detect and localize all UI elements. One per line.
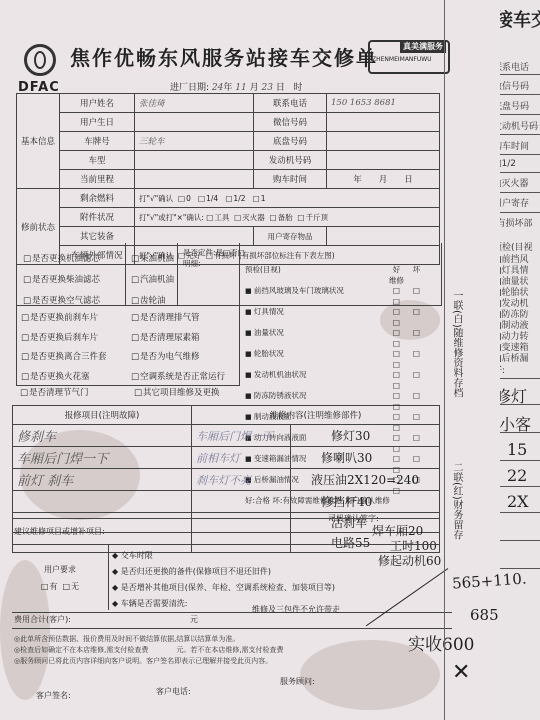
inspection-row: 油量状况□□□ — [245, 328, 445, 349]
fuel-options: 打"√"确认 0 1/4 1/2 1 — [135, 189, 440, 208]
reported-item[interactable]: 车厢后门焊一下 — [13, 447, 192, 469]
model-field[interactable] — [135, 151, 254, 170]
repair-order-form: DFAC 焦作优畅东风服务站接车交修单 真美满服务 ZHENMEIMANFUWU… — [0, 0, 500, 720]
customer-sign-label: 客户签名: — [36, 690, 71, 701]
content-item[interactable]: 修灯30 — [291, 425, 440, 447]
content-header: 维修内容(注明维修部件) — [192, 406, 440, 425]
service-check[interactable]: 是否清理节气门 — [20, 386, 89, 398]
faint-note: 刹车灯不亮 — [192, 469, 291, 491]
actual-received-handwriting: 实收600 — [408, 630, 474, 655]
accessory-options: 打"√"或打"×"确认: 工具 灭火器 备胎 千斤顶 — [135, 208, 440, 227]
content-item[interactable]: 液压油2X120=240 — [291, 469, 440, 491]
service-check[interactable]: 是否更换前刹车片 — [21, 309, 107, 329]
fixed-parts-option[interactable]: 是否定件:是□否□ — [183, 247, 245, 258]
basic-info-table: 基本信息 用户姓名 张佳琦 联系电话 150 1653 8681 用户生日 微信… — [16, 93, 440, 265]
advisor-label: 服务顾问: — [280, 676, 315, 687]
entry-year: 24 — [212, 83, 223, 93]
engine-field[interactable] — [327, 151, 440, 170]
faint-note: 前相车灯 — [192, 447, 291, 469]
chassis-field[interactable] — [327, 132, 440, 151]
service-badge: 真美满服务 ZHENMEIMANFUWU — [368, 40, 450, 74]
signature-mark: ✕ — [452, 660, 470, 685]
fuel-option[interactable]: 1/2 — [225, 194, 245, 203]
plate-field[interactable]: 三轮车 — [135, 132, 254, 151]
reported-item[interactable]: 修刹车 — [13, 425, 192, 447]
fuel-option[interactable]: 1/4 — [198, 194, 218, 203]
filter-option[interactable]: 是否更换柴油滤芯 — [23, 270, 100, 291]
service-check[interactable]: 是否清理排气管 — [131, 309, 225, 329]
mileage-field[interactable] — [135, 170, 254, 189]
service-check[interactable]: 是否更换离合三件套 — [21, 348, 107, 368]
entry-month: 11 — [235, 83, 246, 93]
service-check[interactable]: 其它项目维修及更换 — [134, 386, 220, 398]
user-requirements-list: 交车时限 是否归还更换的备件(保修项目不退还旧件) 是否增补其他项目(保养、年检… — [112, 548, 335, 612]
purchase-date-field[interactable]: 年 月 日 — [327, 170, 440, 189]
service-check[interactable]: 空调系统是否正常运行 — [131, 368, 225, 388]
copy2-label: 二联(红)财务留存 — [446, 462, 466, 540]
inspection-row: 轮胎状况□□□ — [245, 349, 445, 370]
content-item[interactable]: 修喇叭30 — [291, 447, 440, 469]
fuel-option[interactable]: 1 — [253, 194, 266, 203]
back-sheet-title: 接车交 — [495, 6, 540, 32]
back-handwriting: 22 — [507, 466, 527, 485]
inspection-row: 发动机机油状况□□□ — [245, 370, 445, 391]
back-handwriting: 15 — [507, 440, 527, 459]
inspection-row: 灯具情况□□□ — [245, 307, 445, 328]
accessory-option[interactable]: 千斤顶 — [297, 213, 328, 222]
requirement-item[interactable]: 是否归还更换的备件(保修项目不退还旧件) — [112, 564, 335, 580]
faint-note: 车厢后门焊一下 — [192, 425, 291, 447]
filter-option[interactable]: 是否更换机油滤芯 — [23, 249, 100, 270]
form-title: 焦作优畅东风服务站接车交修单 — [70, 42, 378, 71]
fuel-option[interactable]: 0 — [178, 194, 191, 203]
copy1-label: 一联(白)随维修资料存档 — [446, 290, 466, 398]
entry-day: 23 — [261, 83, 272, 93]
total-fee-label: 费用合计(客户): — [14, 614, 71, 625]
service-checks-section: 是否更换前刹车片 是否更换后刹车片 是否更换离合三件套 是否更换火花塞 是否清理… — [16, 305, 240, 386]
reported-header: 报修项目(注明故障) — [13, 406, 192, 425]
back-handwriting: 2X — [507, 492, 529, 511]
content-item[interactable]: 修起动机60 — [378, 552, 441, 569]
phone-field[interactable]: 150 1653 8681 — [327, 94, 440, 113]
content-item[interactable]: 修挡杆40 — [291, 491, 440, 513]
service-check[interactable]: 是否为电气维修 — [131, 348, 225, 368]
birthday-field[interactable] — [135, 113, 254, 132]
inspection-row: 前挡风玻璃及车门玻璃状况□□□ — [245, 286, 445, 307]
requirement-option[interactable]: 无 — [63, 582, 80, 591]
suggestions-label: 建议维修项目或增补项目: — [14, 526, 105, 537]
fee-unit: 元 — [190, 614, 198, 625]
total-handwriting: 685 — [470, 606, 499, 624]
service-check[interactable]: 是否更换火花塞 — [21, 368, 107, 388]
user-name-field[interactable]: 张佳琦 — [135, 94, 254, 113]
oil-option[interactable]: 汽油机油 — [131, 270, 174, 291]
reported-item[interactable] — [13, 491, 192, 513]
entry-date: 进厂日期: 24年 11 月 23 日 时 — [170, 80, 302, 93]
requirement-item[interactable]: 交车时限 — [112, 548, 335, 564]
requirement-option[interactable]: 有 — [41, 582, 58, 591]
oil-option[interactable]: 柴油机油 — [131, 249, 174, 270]
wechat-field[interactable] — [327, 113, 440, 132]
requirement-item[interactable]: 是否增补其他项目(保养、年检、空调系统检查、加装项目等) — [112, 580, 335, 596]
basic-info-label: 基本信息 — [17, 94, 60, 189]
service-check[interactable]: 是否清理尿素箱 — [131, 329, 225, 349]
accessory-option[interactable]: 备胎 — [270, 213, 293, 222]
service-check[interactable]: 是否更换后刹车片 — [21, 329, 107, 349]
notes-section: ◎此单所含预估数据、报价费用及时间不做结算依据,结算以结算单为准。 ◎检查后如确… — [14, 634, 334, 667]
warranty-note: 维修及三包件不允许带走 — [252, 604, 340, 615]
user-requirements-label: 用户要求 有 无 — [12, 544, 109, 610]
accessory-option[interactable]: 灭火器 — [234, 213, 265, 222]
dongfeng-logo-icon — [24, 44, 56, 76]
accessory-option[interactable]: 工具 — [206, 213, 229, 222]
dfac-logo: DFAC — [18, 44, 60, 95]
reported-item[interactable]: 前灯 刹车 — [13, 469, 192, 491]
details-label: 明细: — [183, 258, 245, 269]
customer-phone-label: 客户电话: — [156, 686, 191, 697]
